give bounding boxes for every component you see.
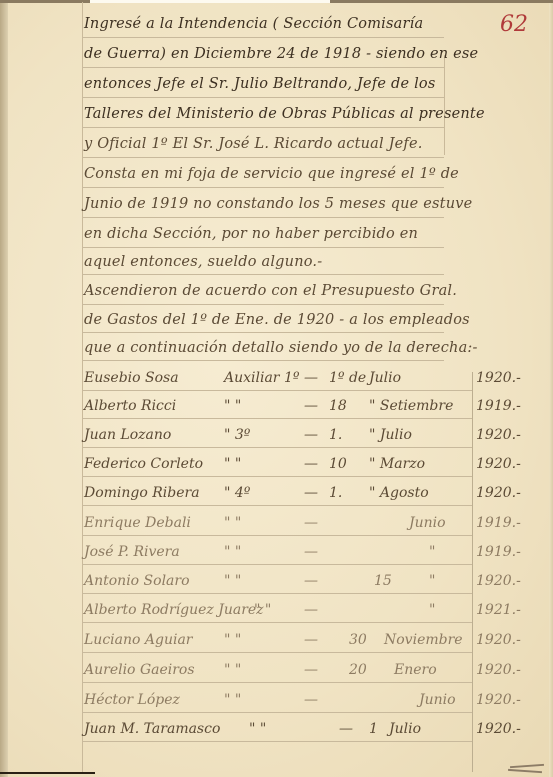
employee-position: " 3º	[224, 427, 250, 443]
paragraph-line: Ascendieron de acuerdo con el Presupuest…	[84, 283, 457, 299]
start-day: 30	[349, 632, 367, 648]
separator-dash: —	[304, 485, 318, 501]
separator-dash: —	[304, 662, 318, 678]
employee-name: Juan M. Taramasco	[84, 721, 220, 737]
separator-dash: —	[304, 692, 318, 708]
start-month: Julio	[389, 721, 421, 737]
table-row: Alberto Rodríguez Juarez " " — " 1921.-	[84, 602, 544, 626]
table-row: Luciano Aguiar " " — 30 Noviembre 1920.-	[84, 632, 544, 656]
start-day: 10	[329, 456, 347, 472]
start-year: 1920.-	[476, 485, 521, 501]
table-row: Eusebio Sosa Auxiliar 1º — 1º de Julio 1…	[84, 370, 544, 394]
table-row: Enrique Debali " " — Junio 1919.-	[84, 515, 544, 539]
start-year: 1920.-	[476, 456, 521, 472]
start-year: 1920.-	[476, 632, 521, 648]
employee-position: " "	[249, 721, 266, 737]
employee-name: Federico Corleto	[84, 456, 203, 472]
ruled-line	[82, 217, 444, 218]
separator-dash: —	[304, 456, 318, 472]
start-month: Enero	[394, 662, 437, 678]
separator-dash: —	[304, 370, 318, 386]
start-year: 1920.-	[476, 721, 521, 737]
ruled-line	[82, 157, 444, 158]
start-month: " Agosto	[369, 485, 429, 501]
table-row: José P. Rivera " " — " 1919.-	[84, 544, 544, 568]
separator-dash: —	[304, 602, 318, 618]
start-month: " Julio	[369, 427, 412, 443]
page-right-edge	[549, 0, 553, 777]
separator-dash: —	[304, 515, 318, 531]
employee-name: Alberto Rodríguez Juarez	[84, 602, 264, 618]
ruled-line	[82, 187, 444, 188]
start-year: 1920.-	[476, 573, 521, 589]
paragraph-line: Talleres del Ministerio de Obras Pública…	[84, 106, 485, 122]
start-month: Junio	[409, 515, 446, 531]
separator-dash: —	[304, 427, 318, 443]
employee-name: Luciano Aguiar	[84, 632, 192, 648]
table-row: Aurelio Gaeiros " " — 20 Enero 1920.-	[84, 662, 544, 686]
start-month: Julio	[369, 370, 401, 386]
start-month: Junio	[419, 692, 456, 708]
ruled-line	[82, 304, 444, 305]
page-top-edge-highlight	[90, 0, 330, 3]
employee-position: Auxiliar 1º	[224, 370, 299, 386]
start-year: 1920.-	[476, 662, 521, 678]
page-left-edge	[0, 0, 8, 777]
paragraph-line: Junio de 1919 no constando los 5 meses q…	[84, 196, 472, 212]
employee-name: Héctor López	[84, 692, 180, 708]
paragraph-line: de Gastos del 1º de Ene. de 1920 - a los…	[84, 312, 470, 328]
table-row: Héctor López " " — Junio 1920.-	[84, 692, 544, 716]
paragraph-line: entonces Jefe el Sr. Julio Beltrando, Je…	[84, 76, 435, 92]
ruled-line	[82, 97, 444, 98]
start-day: 1.	[329, 427, 342, 443]
paragraph-line: de Guerra) en Diciembre 24 de 1918 - sie…	[84, 46, 478, 62]
table-row: Juan Lozano " 3º — 1. " Julio 1920.-	[84, 427, 544, 451]
employee-position: " "	[224, 662, 241, 678]
start-year: 1920.-	[476, 692, 521, 708]
start-day: 18	[329, 398, 347, 414]
employee-position: " "	[224, 632, 241, 648]
start-day: 1º de	[329, 370, 366, 386]
start-day: 20	[349, 662, 367, 678]
right-margin-rule	[444, 55, 445, 155]
page-number: 62	[500, 12, 528, 37]
employee-position: " "	[224, 692, 241, 708]
table-row: Domingo Ribera " 4º — 1. " Agosto 1920.-	[84, 485, 544, 509]
ruled-line	[82, 67, 444, 68]
employee-name: Alberto Ricci	[84, 398, 176, 414]
employee-position: " "	[224, 515, 241, 531]
employee-name: Aurelio Gaeiros	[84, 662, 195, 678]
paragraph-line: y Oficial 1º El Sr. José L. Ricardo actu…	[84, 136, 423, 152]
start-month: "	[429, 544, 435, 560]
paragraph-line: aquel entonces, sueldo alguno.-	[84, 254, 322, 270]
separator-dash: —	[304, 544, 318, 560]
employee-position: " "	[224, 544, 241, 560]
start-month: " Marzo	[369, 456, 425, 472]
start-year: 1919.-	[476, 398, 521, 414]
start-day: 1.	[329, 485, 342, 501]
start-day: 15	[374, 573, 392, 589]
employee-name: Domingo Ribera	[84, 485, 200, 501]
page-bottom-mark	[0, 772, 95, 774]
left-margin-rule	[82, 2, 83, 772]
separator-dash: —	[304, 573, 318, 589]
table-row: Alberto Ricci " " — 18 " Setiembre 1919.…	[84, 398, 544, 422]
separator-dash: —	[304, 398, 318, 414]
start-year: 1921.-	[476, 602, 521, 618]
start-year: 1920.-	[476, 370, 521, 386]
table-row: Juan M. Taramasco " " — 1 Julio 1920.-	[84, 721, 544, 745]
ruled-line	[82, 247, 444, 248]
ruled-line	[82, 274, 444, 275]
employee-position: " "	[224, 398, 241, 414]
start-year: 1919.-	[476, 515, 521, 531]
paragraph-line: que a continuación detallo siendo yo de …	[84, 340, 478, 356]
table-row: Antonio Solaro " " — 15 " 1920.-	[84, 573, 544, 597]
employee-name: Antonio Solaro	[84, 573, 190, 589]
paragraph-line: Consta en mi foja de servicio que ingres…	[84, 166, 459, 182]
table-row: Federico Corleto " " — 10 " Marzo 1920.-	[84, 456, 544, 480]
start-year: 1920.-	[476, 427, 521, 443]
ruled-line	[82, 127, 444, 128]
start-month: "	[429, 602, 435, 618]
separator-dash: —	[339, 721, 353, 737]
paragraph-line: Ingresé a la Intendencia ( Sección Comis…	[84, 16, 423, 32]
employee-name: José P. Rivera	[84, 544, 180, 560]
ruled-line	[82, 37, 444, 38]
employee-name: Juan Lozano	[84, 427, 171, 443]
start-month: " Setiembre	[369, 398, 453, 414]
separator-dash: —	[304, 632, 318, 648]
start-day: 1	[369, 721, 378, 737]
ruled-line	[82, 332, 444, 333]
paragraph-line: en dicha Sección, por no haber percibido…	[84, 226, 418, 242]
employee-position: " "	[224, 573, 241, 589]
employee-position: " "	[254, 602, 271, 618]
employee-position: " 4º	[224, 485, 250, 501]
start-month: "	[429, 573, 435, 589]
employee-position: " "	[224, 456, 241, 472]
start-year: 1919.-	[476, 544, 521, 560]
employee-name: Eusebio Sosa	[84, 370, 179, 386]
ruled-line	[82, 360, 444, 361]
start-month: Noviembre	[384, 632, 463, 648]
employee-name: Enrique Debali	[84, 515, 191, 531]
